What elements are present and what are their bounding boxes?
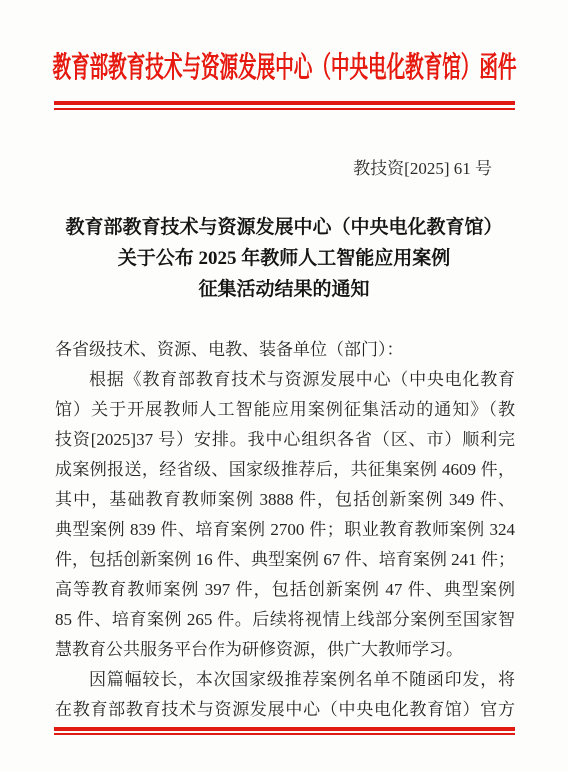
page-bottom-divider bbox=[54, 727, 515, 735]
body-line: 在教育部教育技术与资源发展中心（中央电化教育馆）官方 bbox=[55, 695, 515, 725]
body-line: 高等教育教师案例 397 件，包括创新案例 47 件、典型案例 bbox=[55, 575, 515, 605]
body-line: 成案例报送，经省级、国家级推荐后，共征集案例 4609 件， bbox=[55, 455, 515, 485]
salutation-line: 各省级技术、资源、电教、装备单位（部门）： bbox=[55, 335, 515, 365]
document-title-line-1: 教育部教育技术与资源发展中心（中央电化教育馆） bbox=[0, 212, 568, 243]
body-line: 馆）关于开展教师人工智能应用案例征集活动的通知》（教 bbox=[55, 395, 515, 425]
body-line: 慧教育公共服务平台作为研修资源，供广大教师学习。 bbox=[55, 635, 515, 665]
document-title-line-2: 关于公布 2025 年教师人工智能应用案例 bbox=[0, 243, 568, 274]
body-line: 85 件、培育案例 265 件。后续将视情上线部分案例至国家智 bbox=[55, 605, 515, 635]
document-number: 教技资[2025] 61 号 bbox=[0, 158, 492, 180]
body-line: 技资[2025]37 号）安排。我中心组织各省（区、市）顺利完 bbox=[55, 425, 515, 455]
letterhead-title: 教育部教育技术与资源发展中心（中央电化教育馆）函件 bbox=[52, 45, 516, 86]
document-page: 教育部教育技术与资源发展中心（中央电化教育馆）函件 教技资[2025] 61 号… bbox=[0, 0, 568, 772]
letterhead-divider bbox=[54, 101, 515, 110]
document-title: 教育部教育技术与资源发展中心（中央电化教育馆） 关于公布 2025 年教师人工智… bbox=[0, 212, 568, 305]
body-line: 其中，基础教育教师案例 3888 件，包括创新案例 349 件、 bbox=[55, 485, 515, 515]
letterhead: 教育部教育技术与资源发展中心（中央电化教育馆）函件 bbox=[0, 42, 568, 88]
body-line: 因篇幅较长，本次国家级推荐案例名单不随函印发，将 bbox=[55, 665, 515, 695]
divider-thin-line bbox=[54, 733, 515, 735]
body-line: 典型案例 839 件、培育案例 2700 件；职业教育教师案例 324 bbox=[55, 515, 515, 545]
document-body: 各省级技术、资源、电教、装备单位（部门）： 根据《教育部教育技术与资源发展中心（… bbox=[55, 335, 515, 725]
document-title-line-3: 征集活动结果的通知 bbox=[0, 274, 568, 305]
body-line: 件，包括创新案例 16 件、典型案例 67 件、培育案例 241 件； bbox=[55, 545, 515, 575]
body-line: 根据《教育部教育技术与资源发展中心（中央电化教育 bbox=[55, 365, 515, 395]
divider-thin-line bbox=[54, 108, 515, 110]
